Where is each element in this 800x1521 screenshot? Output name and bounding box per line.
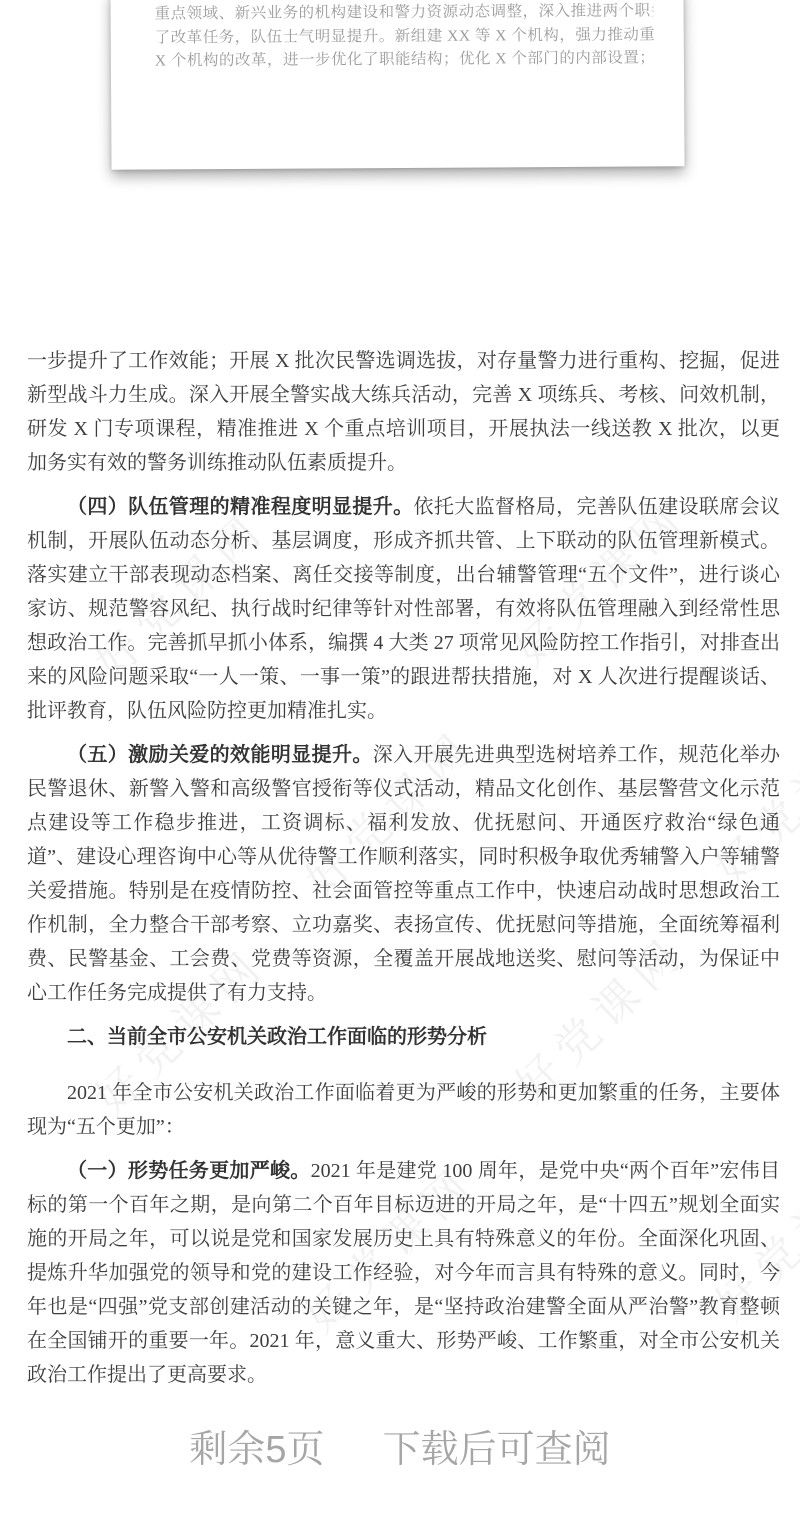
preview-line: 重点领域、新兴业务的机构建设和警力资源动态调整，深入推进两个职务序列改革，全部完… [155, 0, 654, 26]
previous-page-preview: 重点领域、新兴业务的机构建设和警力资源动态调整，深入推进两个职务序列改革，全部完… [110, 0, 684, 170]
paragraph-lead: （一）形势任务更加严峻。 [67, 1160, 311, 1182]
remaining-pages-text: 剩余5页 [189, 1418, 324, 1473]
paragraph-text: 深入开展先进典型选树培养工作，规范化举办民警退休、新警入警和高级警官授衔等仪式活… [27, 744, 780, 1004]
paragraph-lead: （四）队伍管理的精准程度明显提升。 [67, 496, 414, 518]
document-body: 一步提升了工作效能；开展 X 批次民警选调选拔，对存量警力进行重构、挖掘，促进新… [27, 344, 780, 1402]
paragraph-continuation: 一步提升了工作效能；开展 X 批次民警选调选拔，对存量警力进行重构、挖掘，促进新… [27, 344, 780, 480]
paragraph-lead: （五）激励关爱的效能明显提升。 [67, 744, 373, 766]
paragraph-section-5: （五）激励关爱的效能明显提升。深入开展先进典型选树培养工作，规范化举办民警退休、… [27, 738, 780, 1010]
section-heading: 二、当前全市公安机关政治工作面临的形势分析 [27, 1020, 780, 1054]
previous-page-text: 重点领域、新兴业务的机构建设和警力资源动态调整，深入推进两个职务序列改革，全部完… [110, 0, 683, 73]
preview-line: X 个机构的改革，进一步优化了职能结构；优化 X 个部门的内部设置；充实 X 个… [155, 46, 654, 73]
paragraph-text: 2021 年是建党 100 周年，是党中央“两个百年”宏伟目标的第一个百年之期，… [27, 1160, 780, 1386]
download-hint-text: 下载后可查阅 [383, 1418, 611, 1473]
paragraph-text: 依托大监督格局，完善队伍建设联席会议机制，开展队伍动态分析、基层调度，形成齐抓共… [27, 496, 780, 722]
paragraph-intro: 2021 年全市公安机关政治工作面临着更为严峻的形势和更加繁重的任务，主要体现为… [27, 1076, 780, 1144]
remaining-pages-notice: 剩余5页 下载后可查阅 [0, 1418, 800, 1473]
preview-line: 了改革任务，队伍士气明显提升。新组建 XX 等 X 个机构，强力推动重点领域工作… [155, 23, 654, 50]
paragraph-section-4: （四）队伍管理的精准程度明显提升。依托大监督格局，完善队伍建设联席会议机制，开展… [27, 490, 780, 728]
paragraph-subsection-1: （一）形势任务更加严峻。2021 年是建党 100 周年，是党中央“两个百年”宏… [27, 1154, 780, 1392]
document-preview-page: 重点领域、新兴业务的机构建设和警力资源动态调整，深入推进两个职务序列改革，全部完… [0, 0, 800, 1521]
